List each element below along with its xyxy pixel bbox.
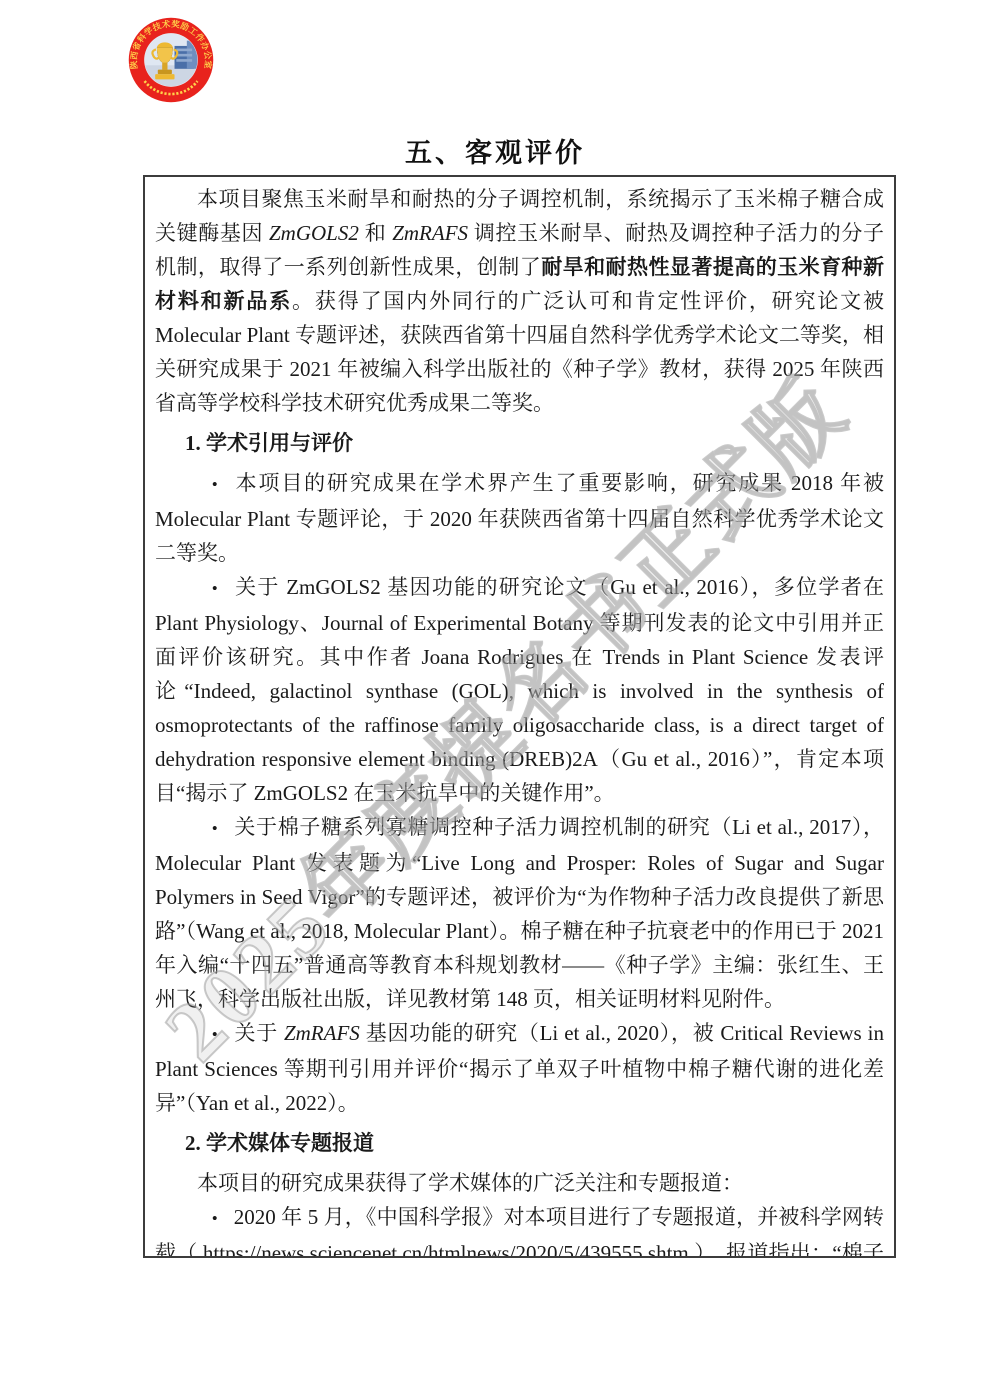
text-run: 关于棉子糖系列寡糖调控种子活力调控机制的研究（Li et al., 2017），… xyxy=(155,815,884,1011)
document-page: 陕西省科学技术奖励工作办公室 五、客观评价 本项目聚焦玉米耐旱和耐热的分子调控机… xyxy=(0,0,990,1399)
text-run: 2020 年 5 月，《中国科学报》对本项目进行了专题报道，并被科学网转载（ h… xyxy=(155,1205,884,1258)
paragraph: 本项目的研究成果获得了学术媒体的广泛关注和专题报道： xyxy=(155,1166,884,1200)
text-run: 关于 ZmGOLS2 基因功能的研究论文（Gu et al., 2016），多位… xyxy=(155,575,884,805)
bullet-item: •本项目的研究成果在学术界产生了重要影响，研究成果 2018 年被 Molecu… xyxy=(155,466,884,570)
text-run: ZmRAFS xyxy=(284,1021,360,1045)
bullet-icon: • xyxy=(212,579,218,598)
content-box: 本项目聚焦玉米耐旱和耐热的分子调控机制，系统揭示了玉米棉子糖合成关键酶基因 Zm… xyxy=(143,175,896,1258)
text-run: ZmRAFS xyxy=(392,221,468,245)
text-run: ZmGOLS2 xyxy=(269,221,359,245)
bullet-icon: • xyxy=(212,1209,218,1228)
section-heading: 2. 学术媒体专题报道 xyxy=(185,1126,884,1160)
bullet-icon: • xyxy=(212,819,218,838)
text-run: 和 xyxy=(359,221,392,245)
paragraph: 本项目聚焦玉米耐旱和耐热的分子调控机制，系统揭示了玉米棉子糖合成关键酶基因 Zm… xyxy=(155,182,884,420)
text-run: 本项目的研究成果在学术界产生了重要影响，研究成果 2018 年被 Molecul… xyxy=(155,471,884,565)
text-run: 本项目的研究成果获得了学术媒体的广泛关注和专题报道： xyxy=(197,1171,743,1195)
text-run: 关于 xyxy=(234,1021,284,1045)
section-heading: 1. 学术引用与评价 xyxy=(185,426,884,460)
bullet-item: •关于 ZmGOLS2 基因功能的研究论文（Gu et al., 2016），多… xyxy=(155,570,884,810)
bullet-icon: • xyxy=(212,475,218,494)
page-title: 五、客观评价 xyxy=(0,131,990,170)
seal-center-image xyxy=(145,34,198,87)
seal-logo: 陕西省科学技术奖励工作办公室 xyxy=(127,16,215,104)
bullet-icon: • xyxy=(212,1025,218,1044)
seal-icon: 陕西省科学技术奖励工作办公室 xyxy=(127,16,215,104)
bullet-item: •关于棉子糖系列寡糖调控种子活力调控机制的研究（Li et al., 2017）… xyxy=(155,810,884,1016)
bullet-item: •2020 年 5 月，《中国科学报》对本项目进行了专题报道，并被科学网转载（ … xyxy=(155,1200,884,1258)
bullet-item: •关于 ZmRAFS 基因功能的研究（Li et al., 2020），被 Cr… xyxy=(155,1016,884,1120)
